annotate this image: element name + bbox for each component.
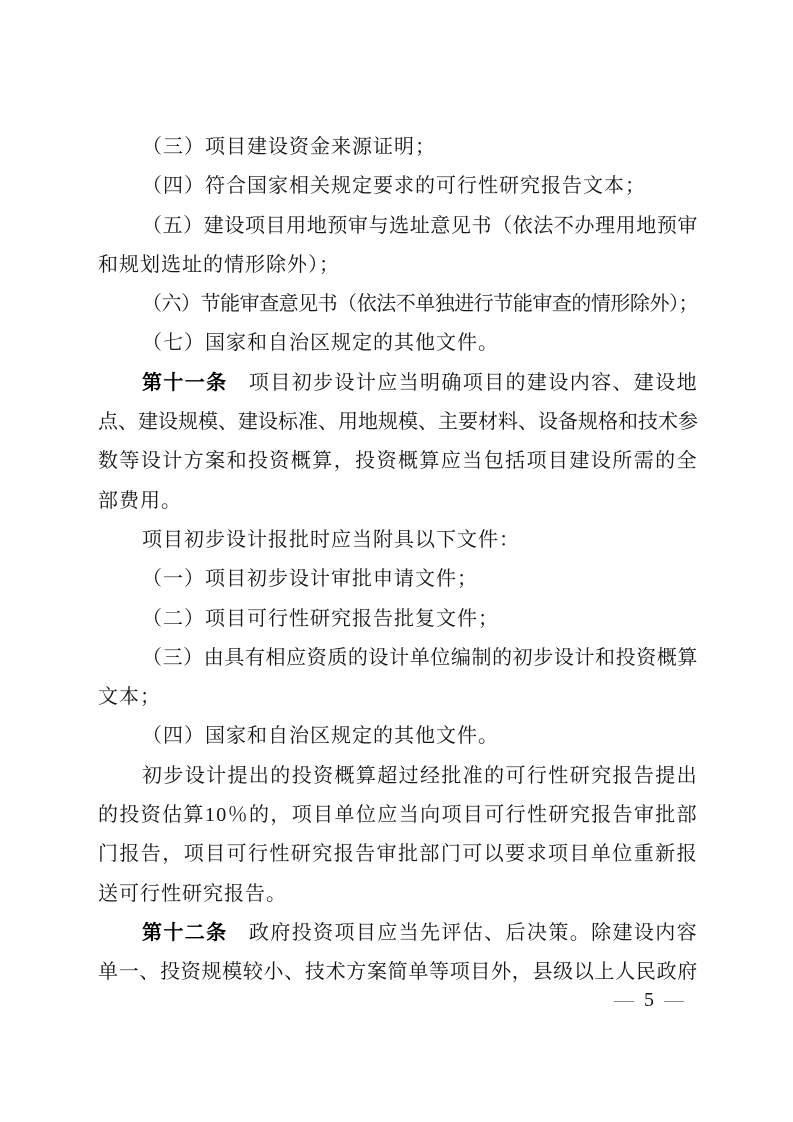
- document-body: （三）项目建设资金来源证明；（四）符合国家相关规定要求的可行性研究报告文本；（五…: [98, 128, 698, 993]
- text-segment: （三）项目建设资金来源证明；: [142, 136, 436, 158]
- text-segment: （六）节能审查意见书（依法不单独进行节能审查的情形除外）；: [142, 293, 698, 315]
- text-segment: 政府投资项目应当先评估、后决策。除建设内容: [228, 922, 698, 944]
- text-line: 项目初步设计报批时应当附具以下文件：: [98, 521, 698, 560]
- text-line: （六）节能审查意见书（依法不单独进行节能审查的情形除外）；: [98, 285, 698, 324]
- text-segment: 门报告，项目可行性研究报告审批部门可以要求项目单位重新报: [98, 843, 698, 865]
- article-number: 第十一条: [142, 372, 228, 394]
- text-line: 初步设计提出的投资概算超过经批准的可行性研究报告提出: [98, 757, 698, 796]
- text-line: （三）由具有相应资质的设计单位编制的初步设计和投资概算: [98, 639, 698, 678]
- text-line: （四）国家和自治区规定的其他文件。: [98, 717, 698, 756]
- text-line: 第十二条 政府投资项目应当先评估、后决策。除建设内容: [98, 914, 698, 953]
- text-segment: （四）符合国家相关规定要求的可行性研究报告文本；: [142, 175, 646, 197]
- text-segment: （一）项目初步设计审批申请文件；: [142, 568, 478, 590]
- text-line: 点、建设规模、建设标准、用地规模、主要材料、设备规格和技术参: [98, 403, 698, 442]
- text-line: 送可行性研究报告。: [98, 875, 698, 914]
- text-segment: （二）项目可行性研究报告批复文件；: [142, 608, 499, 630]
- text-segment: （四）国家和自治区规定的其他文件。: [142, 725, 499, 747]
- text-segment: （七）国家和自治区规定的其他文件。: [142, 332, 499, 354]
- text-line: （二）项目可行性研究报告批复文件；: [98, 600, 698, 639]
- text-line: 门报告，项目可行性研究报告审批部门可以要求项目单位重新报: [98, 835, 698, 874]
- text-segment: （五）建设项目用地预审与选址意见书（依法不办理用地预审: [142, 215, 698, 237]
- page-number: 5: [644, 989, 654, 1011]
- text-line: （一）项目初步设计审批申请文件；: [98, 560, 698, 599]
- document-page: （三）项目建设资金来源证明；（四）符合国家相关规定要求的可行性研究报告文本；（五…: [0, 0, 793, 1122]
- text-segment: 部费用。: [98, 490, 182, 512]
- text-line: 单一、投资规模较小、技术方案简单等项目外，县级以上人民政府: [98, 953, 698, 992]
- text-line: （五）建设项目用地预审与选址意见书（依法不办理用地预审: [98, 207, 698, 246]
- text-segment: （三）由具有相应资质的设计单位编制的初步设计和投资概算: [142, 647, 698, 669]
- text-line: （七）国家和自治区规定的其他文件。: [98, 324, 698, 363]
- text-segment: 送可行性研究报告。: [98, 883, 287, 905]
- footer-right-dash: —: [664, 989, 684, 1011]
- footer-left-dash: —: [614, 989, 634, 1011]
- text-segment: 的投资估算10％的，项目单位应当向项目可行性研究报告审批部: [98, 804, 698, 826]
- page-footer: —5—: [98, 988, 698, 1012]
- text-segment: 和规划选址的情形除外）；: [98, 254, 340, 276]
- text-segment: 单一、投资规模较小、技术方案简单等项目外，县级以上人民政府: [98, 961, 698, 983]
- text-segment: 项目初步设计报批时应当附具以下文件：: [142, 529, 520, 551]
- text-line: （四）符合国家相关规定要求的可行性研究报告文本；: [98, 167, 698, 206]
- text-line: 部费用。: [98, 482, 698, 521]
- text-line: 数等设计方案和投资概算，投资概算应当包括项目建设所需的全: [98, 442, 698, 481]
- text-line: 和规划选址的情形除外）；: [98, 246, 698, 285]
- article-number: 第十二条: [142, 922, 228, 944]
- text-line: 第十一条 项目初步设计应当明确项目的建设内容、建设地: [98, 364, 698, 403]
- text-line: 的投资估算10％的，项目单位应当向项目可行性研究报告审批部: [98, 796, 698, 835]
- text-segment: 点、建设规模、建设标准、用地规模、主要材料、设备规格和技术参: [98, 411, 698, 433]
- text-segment: 项目初步设计应当明确项目的建设内容、建设地: [228, 372, 698, 394]
- text-line: （三）项目建设资金来源证明；: [98, 128, 698, 167]
- text-segment: 初步设计提出的投资概算超过经批准的可行性研究报告提出: [142, 765, 698, 787]
- text-segment: 数等设计方案和投资概算，投资概算应当包括项目建设所需的全: [98, 450, 698, 472]
- text-segment: 文本；: [98, 686, 161, 708]
- text-line: 文本；: [98, 678, 698, 717]
